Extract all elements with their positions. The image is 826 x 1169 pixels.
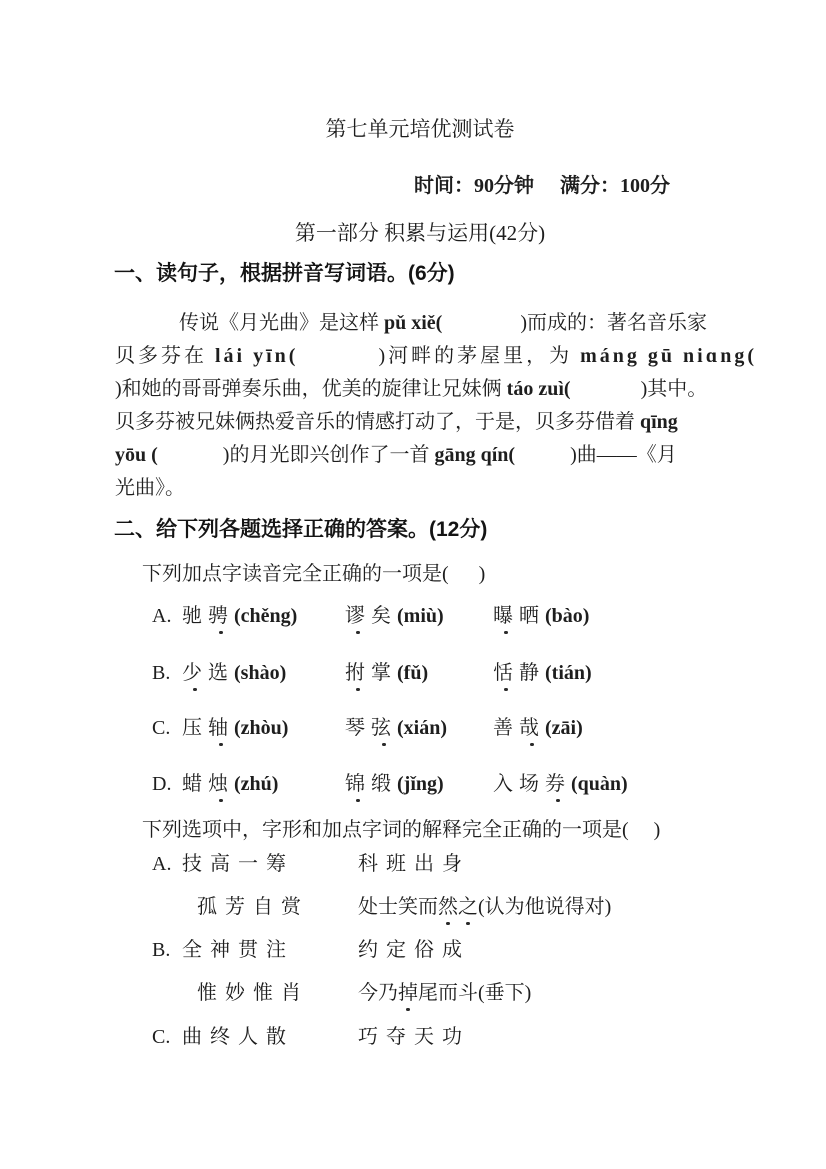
option-word: 驰骋(chěng) xyxy=(182,603,297,629)
answer-blank xyxy=(629,834,654,836)
passage-line-4: 贝多芬被兄妹俩热爱音乐的情感打动了，于是，贝多芬借着 qīng xyxy=(115,409,678,435)
dotted-char: 轴 xyxy=(208,715,234,741)
dotted-char: 谬 xyxy=(345,603,371,629)
option-label: A. xyxy=(152,603,171,629)
test-paper-page: { "doc": { "title": "第七单元培优测试卷", "time":… xyxy=(0,0,826,1169)
option-word: 谬矣(miù) xyxy=(345,603,444,629)
option-word: 曝晒(bào) xyxy=(493,603,589,629)
answer-blank xyxy=(298,360,378,362)
part1-heading: 第一部分 积累与运用(42分) xyxy=(115,220,725,247)
option-label: A. xyxy=(152,851,171,877)
option-phrase: 技高一筹 xyxy=(182,851,294,877)
option-phrase: 曲终人散 xyxy=(182,1024,294,1050)
question-stem-pronunciation: 下列加点字读音完全正确的一项是() xyxy=(142,561,485,587)
option-word: 善哉(zāi) xyxy=(493,715,583,741)
page-title: 第七单元培优测试卷 xyxy=(115,116,725,143)
dotted-char: 骋 xyxy=(208,603,234,629)
option-label: D. xyxy=(152,771,171,797)
answer-blank xyxy=(442,327,520,329)
option-phrase: 科班出身 xyxy=(358,851,470,877)
dotted-char: 掉 xyxy=(398,980,418,1006)
question-stem-meaning: 下列选项中，字形和加点字词的解释完全正确的一项是() xyxy=(142,817,660,843)
option-label: C. xyxy=(152,715,170,741)
option-phrase: 处士笑而然之(认为他说得对) xyxy=(358,894,611,920)
exam-time: 时间：90分钟 xyxy=(414,175,534,197)
answer-blank xyxy=(571,393,641,395)
option-word: 锦缎(jǐng) xyxy=(345,771,444,797)
option-phrase: 今乃掉尾而斗(垂下) xyxy=(358,980,531,1006)
passage-line-5: yōu ()的月光即兴创作了一首 gāng qín()曲——《月 xyxy=(115,442,677,468)
option-word: 蜡烛(zhú) xyxy=(182,771,278,797)
dotted-char: 弦 xyxy=(371,715,397,741)
option-label: B. xyxy=(152,660,170,686)
option-label: C. xyxy=(152,1024,170,1050)
option-word: 压轴(zhòu) xyxy=(182,715,288,741)
dotted-char: 哉 xyxy=(519,715,545,741)
dotted-char: 之 xyxy=(458,894,478,920)
dotted-char: 拊 xyxy=(345,660,371,686)
passage-line-2: 贝多芬在 lái yīn()河畔的茅屋里，为 máng gū niɑng( xyxy=(115,343,757,369)
option-phrase: 孤芳自赏 xyxy=(197,894,309,920)
dotted-char: 恬 xyxy=(493,660,519,686)
option-phrase: 约定俗成 xyxy=(358,937,470,963)
passage-line-6: 光曲》。 xyxy=(115,475,185,501)
answer-blank xyxy=(515,459,570,461)
dotted-char: 烛 xyxy=(208,771,234,797)
answer-blank xyxy=(449,578,479,580)
dotted-char: 券 xyxy=(545,771,571,797)
option-word: 少选(shào) xyxy=(182,660,286,686)
exam-meta: 时间：90分钟满分：100分 xyxy=(414,173,670,199)
passage-line-1: 传说《月光曲》是这样 pǔ xiě()而成的：著名音乐家 xyxy=(179,310,707,336)
answer-blank xyxy=(158,459,223,461)
option-word: 恬静(tián) xyxy=(493,660,592,686)
option-phrase: 全神贯注 xyxy=(182,937,294,963)
option-word: 琴弦(xián) xyxy=(345,715,447,741)
option-word: 入场券(quàn) xyxy=(493,771,628,797)
exam-full-score: 满分：100分 xyxy=(560,175,670,197)
dotted-char: 然 xyxy=(438,894,458,920)
dotted-char: 少 xyxy=(182,660,208,686)
section2-heading: 二、给下列各题选择正确的答案。(12分) xyxy=(114,516,487,543)
passage-line-3: )和她的哥哥弹奏乐曲，优美的旋律让兄妹俩 táo zuì()其中。 xyxy=(115,376,707,402)
dotted-char: 曝 xyxy=(493,603,519,629)
option-phrase: 惟妙惟肖 xyxy=(197,980,309,1006)
option-phrase: 巧夺天功 xyxy=(358,1024,470,1050)
dotted-char: 锦 xyxy=(345,771,371,797)
option-word: 拊掌(fǔ) xyxy=(345,660,428,686)
option-label: B. xyxy=(152,937,170,963)
section1-heading: 一、读句子，根据拼音写词语。(6分) xyxy=(114,260,455,287)
